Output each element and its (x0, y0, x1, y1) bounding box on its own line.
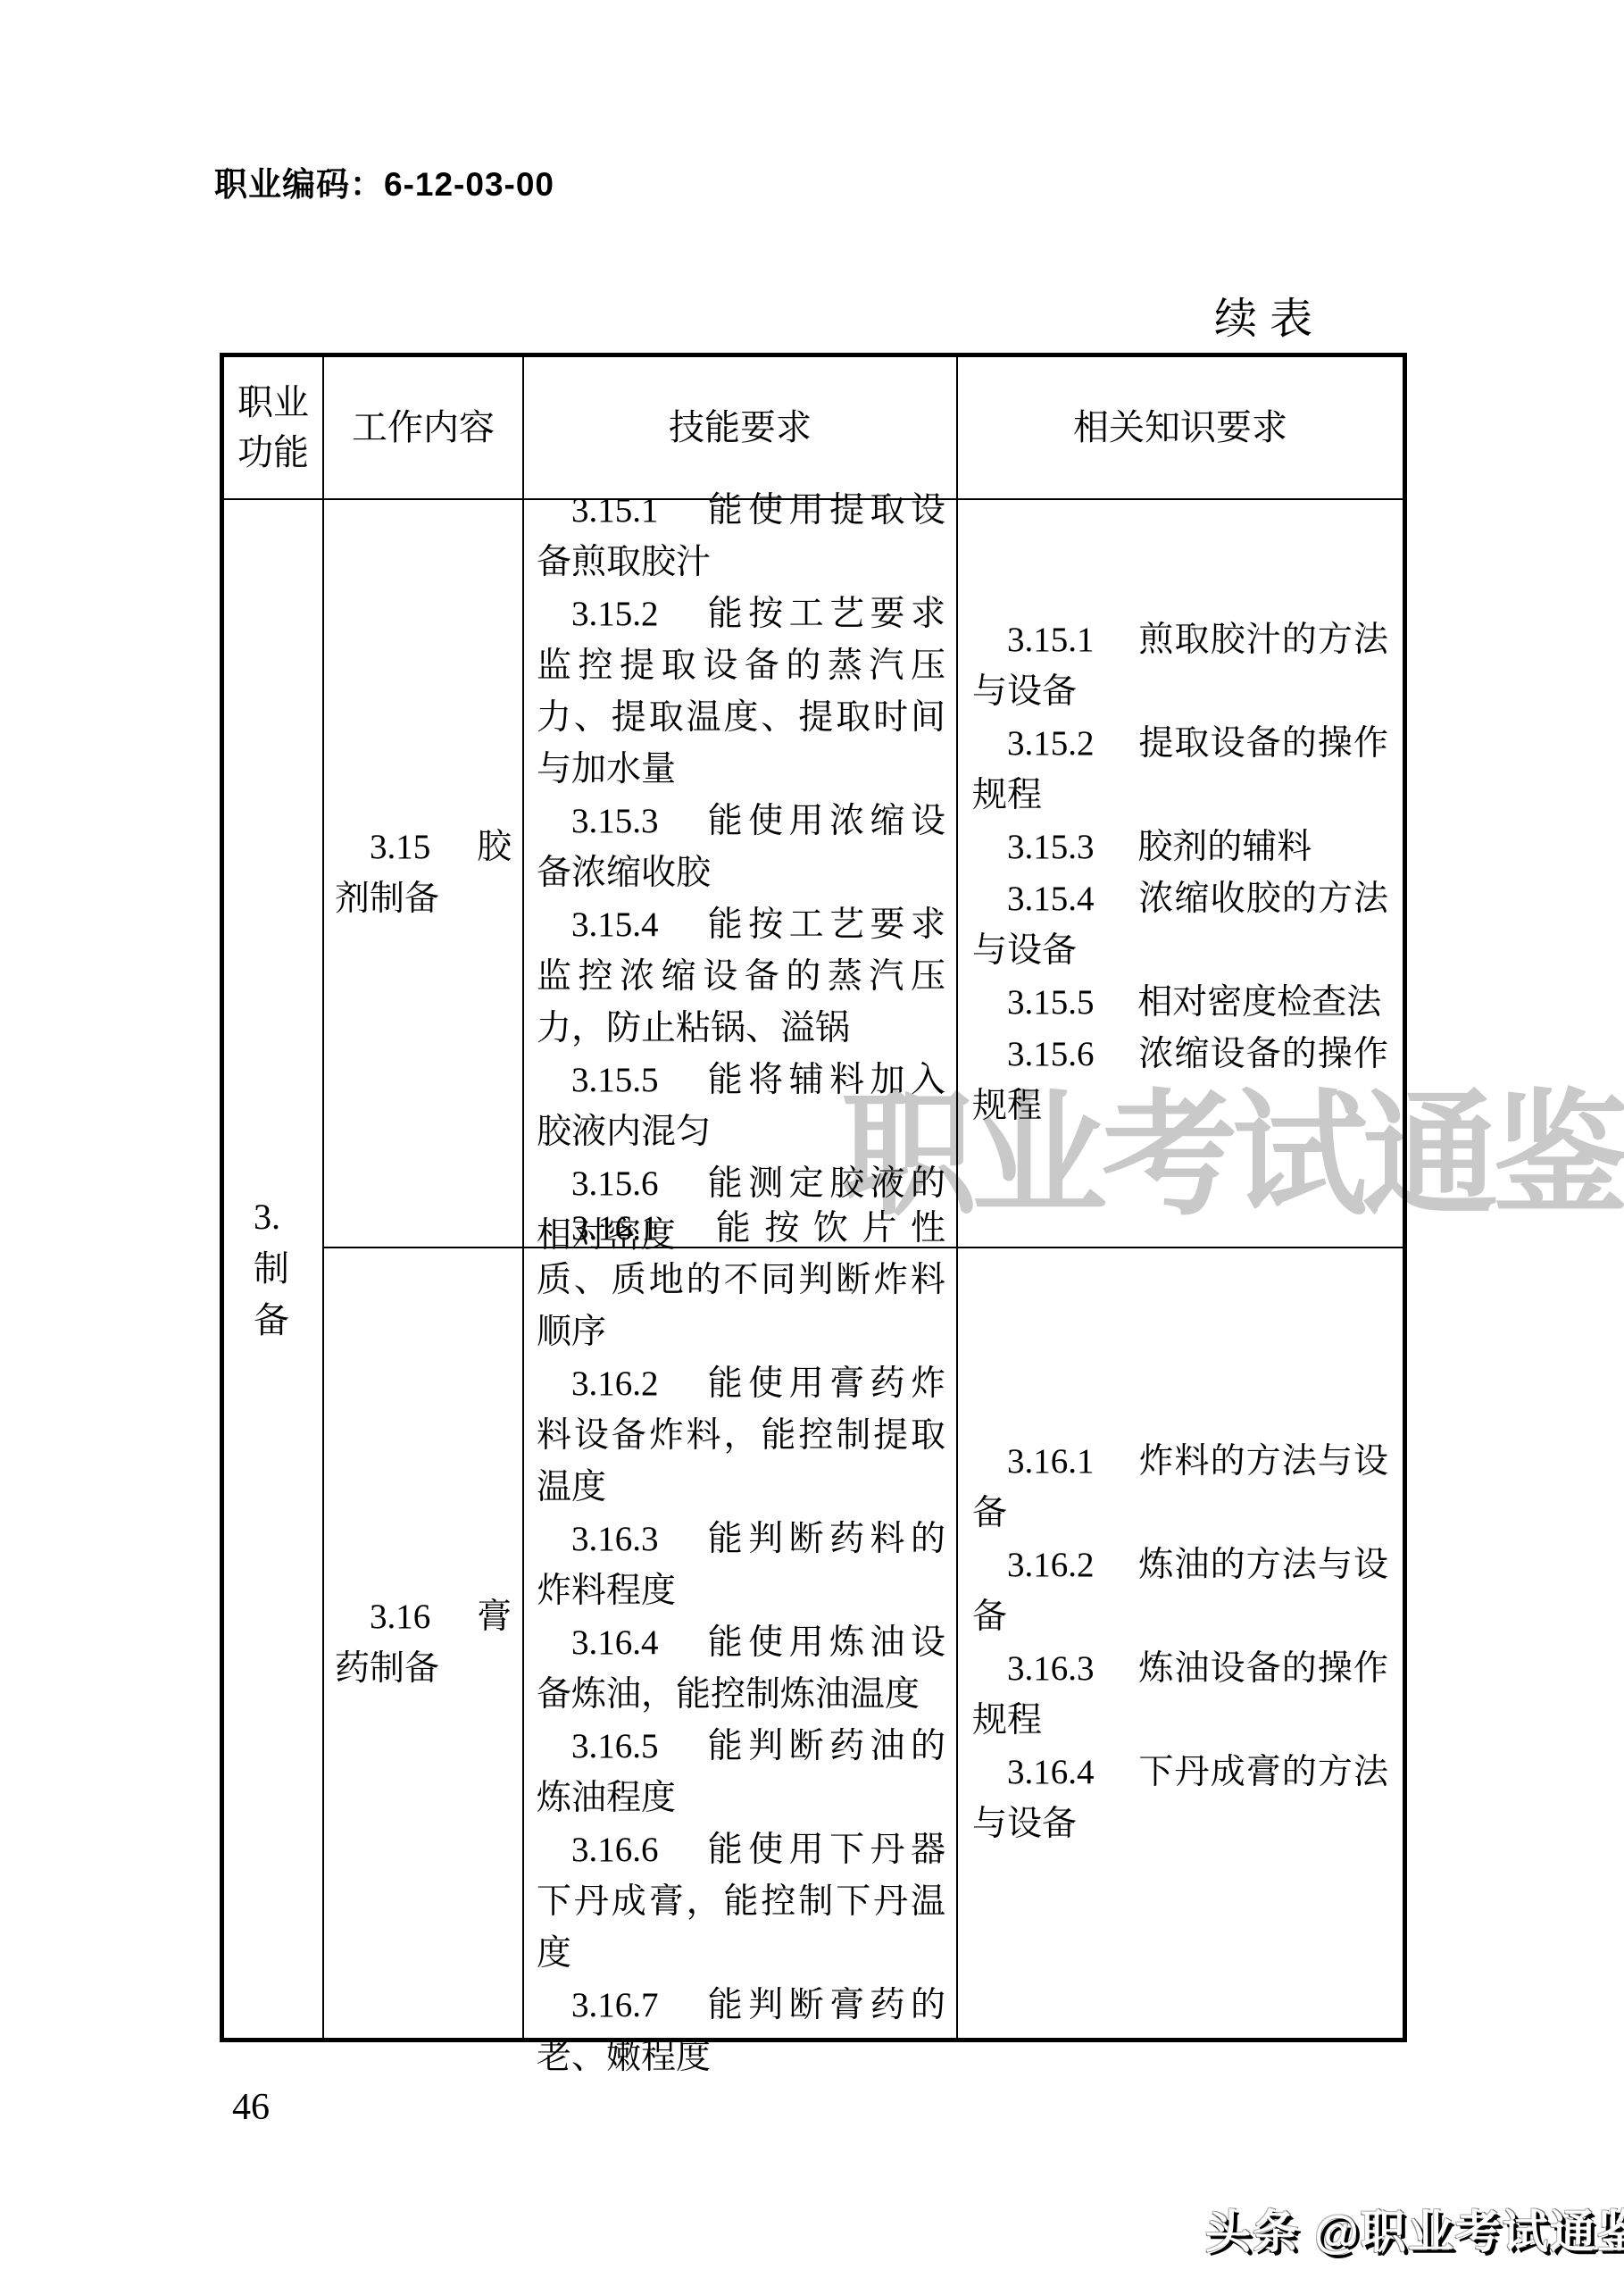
knowledge-item: 3.16.3 炼油设备的操作规程 (972, 1643, 1388, 1747)
knowledge-item: 3.15.4 浓缩收胶的方法与设备 (972, 873, 1388, 977)
skill-item: 3.15.2 能按工艺要求监控提取设备的蒸汽压力、提取温度、提取时间与加水量 (537, 588, 945, 796)
work-content-cell-3-16: 3.16 膏药制备 (324, 1248, 524, 2038)
skill-item: 3.16.2 能使用膏药炸料设备炸料，能控制提取温度 (537, 1358, 945, 1514)
knowledge-item: 3.15.2 提取设备的操作规程 (972, 718, 1388, 822)
column-header-knowledge-requirements: 相关知识要求 (958, 357, 1403, 500)
skill-item: 3.15.1 能使用提取设备煎取胶汁 (537, 485, 945, 588)
skill-item: 3.16.7 能判断膏药的老、嫩程度 (537, 1980, 945, 2083)
knowledge-item: 3.15.6 浓缩设备的操作规程 (972, 1029, 1388, 1132)
column-header-skill-requirements: 技能要求 (524, 357, 958, 500)
work-content-text: 3.15 胶剂制备 (335, 822, 512, 925)
skill-item: 3.16.3 能判断药料的炸料程度 (537, 1514, 945, 1617)
work-content-cell-3-15: 3.15 胶剂制备 (324, 500, 524, 1248)
knowledge-item: 3.16.4 下丹成膏的方法与设备 (972, 1747, 1388, 1850)
skill-item: 3.16.4 能使用炼油设备炼油，能控制炼油温度 (537, 1617, 945, 1721)
knowledge-item: 3.16.2 炼油的方法与设备 (972, 1540, 1388, 1643)
skill-requirements-cell-3-15: 3.15.1 能使用提取设备煎取胶汁 3.15.2 能按工艺要求监控提取设备的蒸… (524, 500, 958, 1248)
work-content-text: 3.16 膏药制备 (335, 1591, 512, 1695)
page-number: 46 (232, 2086, 270, 2129)
function-cell: 3. 制 备 (224, 500, 324, 2038)
function-line: 3. (254, 1191, 293, 1243)
skill-item: 3.16.6 能使用下丹器下丹成膏，能控制下丹温度 (537, 1824, 945, 1980)
knowledge-item: 3.15.1 煎取胶汁的方法与设备 (972, 614, 1388, 718)
skill-item: 3.15.5 能将辅料加入胶液内混匀 (537, 1055, 945, 1158)
qualification-table: 职业功能 工作内容 技能要求 相关知识要求 3. 制 备 3.15 胶剂制备 3… (220, 353, 1407, 2042)
knowledge-requirements-cell-3-16: 3.16.1 炸料的方法与设备 3.16.2 炼油的方法与设备 3.16.3 炼… (958, 1248, 1403, 2038)
skill-item: 3.16.5 能判断药油的炼油程度 (537, 1721, 945, 1824)
skill-item: 3.15.3 能使用浓缩设备浓缩收胶 (537, 796, 945, 899)
footer-credit: 头条 @职业考试通鉴 (1205, 2195, 1624, 2261)
continued-table-label: 续表 (1214, 284, 1325, 346)
skill-item: 3.16.1 能按饮片性质、质地的不同判断炸料顺序 (537, 1203, 945, 1358)
knowledge-requirements-cell-3-15: 3.15.1 煎取胶汁的方法与设备 3.15.2 提取设备的操作规程 3.15.… (958, 500, 1403, 1248)
knowledge-item: 3.16.1 炸料的方法与设备 (972, 1436, 1388, 1540)
column-header-work-content: 工作内容 (324, 357, 524, 500)
function-line: 备 (254, 1295, 293, 1347)
column-header-function: 职业功能 (224, 357, 324, 500)
skill-requirements-cell-3-16: 3.16.1 能按饮片性质、质地的不同判断炸料顺序 3.16.2 能使用膏药炸料… (524, 1248, 958, 2038)
knowledge-item: 3.15.3 胶剂的辅料 (972, 822, 1388, 873)
function-line: 制 (254, 1243, 293, 1295)
page-header-code: 职业编码：6-12-03-00 (214, 157, 554, 205)
skill-item: 3.15.4 能按工艺要求监控浓缩设备的蒸汽压力，防止粘锅、溢锅 (537, 899, 945, 1055)
knowledge-item: 3.15.5 相对密度检查法 (972, 977, 1388, 1029)
